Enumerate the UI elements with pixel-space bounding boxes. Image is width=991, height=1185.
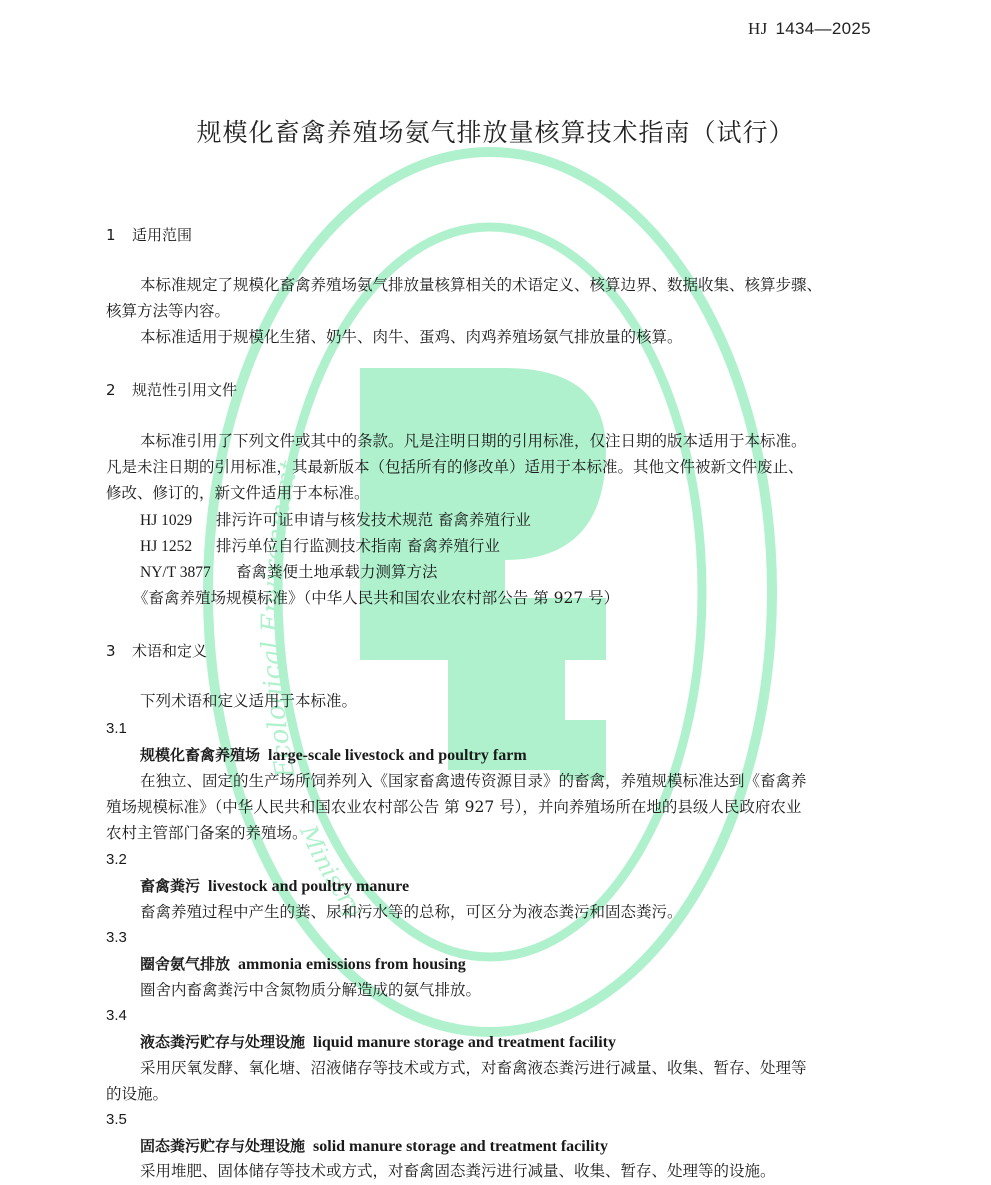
section-heading-2: 2规范性引用文件 bbox=[106, 380, 237, 400]
reference-title: 排污许可证申请与核发技术规范 畜禽养殖行业 bbox=[216, 511, 531, 529]
definition-line: 在独立、固定的生产场所饲养列入《国家畜禽遗传资源目录》的畜禽，养殖规模标准达到《… bbox=[140, 771, 807, 791]
term-heading: 液态粪污贮存与处理设施liquid manure storage and tre… bbox=[140, 1032, 616, 1053]
section-number: 3 bbox=[106, 641, 132, 661]
clause-number: 3.4 bbox=[106, 1006, 127, 1026]
definition-line: 采用厌氧发酵、氧化塘、沼液储存等技术或方式，对畜禽液态粪污进行减量、收集、暂存、… bbox=[140, 1058, 807, 1078]
paragraph-line: 本标准适用于规模化生猪、奶牛、肉牛、蛋鸡、肉鸡养殖场氨气排放量的核算。 bbox=[140, 327, 683, 347]
definition-line: 采用堆肥、固体储存等技术或方式，对畜禽固态粪污进行减量、收集、暂存、处理等的设施… bbox=[140, 1161, 776, 1181]
reference-code: HJ 1252 bbox=[140, 537, 216, 557]
reference-title: 排污单位自行监测技术指南 畜禽养殖行业 bbox=[216, 537, 500, 555]
section-title: 适用范围 bbox=[132, 226, 192, 244]
term-heading: 圈舍氨气排放ammonia emissions from housing bbox=[140, 954, 466, 975]
paragraph-line: 本标准规定了规模化畜禽养殖场氨气排放量核算相关的术语定义、核算边界、数据收集、核… bbox=[140, 275, 822, 295]
document-title: 规模化畜禽养殖场氨气排放量核算技术指南（试行） bbox=[0, 113, 991, 149]
definition-line: 农村主管部门备案的养殖场。 bbox=[106, 823, 308, 843]
term-heading: 固态粪污贮存与处理设施solid manure storage and trea… bbox=[140, 1136, 608, 1157]
paragraph-line: 修改、修订的，新文件适用于本标准。 bbox=[106, 483, 370, 503]
standard-code: HJ1434—2025 bbox=[748, 19, 871, 39]
paragraph-line: 凡是未注日期的引用标准，其最新版本（包括所有的修改单）适用于本标准。其他文件被新… bbox=[106, 457, 804, 477]
reference-title: 畜禽粪便土地承载力测算方法 bbox=[236, 563, 438, 581]
clause-number: 3.3 bbox=[106, 928, 127, 948]
term-en: liquid manure storage and treatment faci… bbox=[313, 1034, 616, 1051]
term-en: ammonia emissions from housing bbox=[238, 956, 466, 973]
term-zh: 畜禽粪污 bbox=[140, 877, 200, 895]
term-heading: 规模化畜禽养殖场large-scale livestock and poultr… bbox=[140, 745, 527, 766]
clause-number: 3.1 bbox=[106, 719, 127, 739]
term-en: solid manure storage and treatment facil… bbox=[313, 1138, 608, 1155]
document-page: HJ1434—2025 规模化畜禽养殖场氨气排放量核算技术指南（试行） 1适用范… bbox=[0, 0, 991, 1185]
clause-number: 3.2 bbox=[106, 850, 127, 870]
section-number: 1 bbox=[106, 225, 132, 245]
term-en: livestock and poultry manure bbox=[208, 878, 409, 895]
definition-line: 的设施。 bbox=[106, 1084, 168, 1104]
reference-item: HJ 1252排污单位自行监测技术指南 畜禽养殖行业 bbox=[140, 536, 500, 557]
paragraph-line: 核算方法等内容。 bbox=[106, 301, 230, 321]
reference-item: 《畜禽养殖场规模标准》（中华人民共和国农业农村部公告 第 927 号） bbox=[133, 588, 619, 608]
term-zh: 圈舍氨气排放 bbox=[140, 955, 230, 973]
definition-line: 圈舍内畜禽粪污中含氮物质分解造成的氨气排放。 bbox=[140, 980, 481, 1000]
standard-prefix: HJ bbox=[748, 19, 768, 38]
term-heading: 畜禽粪污livestock and poultry manure bbox=[140, 876, 409, 897]
section-title: 术语和定义 bbox=[132, 642, 207, 660]
definition-line: 殖场规模标准》（中华人民共和国农业农村部公告 第 927 号），并向养殖场所在地… bbox=[106, 797, 801, 817]
reference-code: HJ 1029 bbox=[140, 511, 216, 531]
section-heading-3: 3术语和定义 bbox=[106, 641, 207, 661]
standard-number: 1434—2025 bbox=[776, 19, 871, 38]
paragraph-line: 下列术语和定义适用于本标准。 bbox=[140, 691, 357, 711]
paragraph-line: 本标准引用了下列文件或其中的条款。凡是注明日期的引用标准，仅注日期的版本适用于本… bbox=[140, 431, 807, 451]
term-zh: 液态粪污贮存与处理设施 bbox=[140, 1033, 305, 1051]
term-zh: 规模化畜禽养殖场 bbox=[140, 746, 260, 764]
reference-item: NY/T 3877畜禽粪便土地承载力测算方法 bbox=[140, 562, 438, 583]
reference-item: HJ 1029排污许可证申请与核发技术规范 畜禽养殖行业 bbox=[140, 510, 531, 531]
section-title: 规范性引用文件 bbox=[132, 381, 237, 399]
section-number: 2 bbox=[106, 380, 132, 400]
reference-code: NY/T 3877 bbox=[140, 563, 236, 583]
clause-number: 3.5 bbox=[106, 1110, 127, 1130]
term-en: large-scale livestock and poultry farm bbox=[268, 747, 527, 764]
section-heading-1: 1适用范围 bbox=[106, 225, 192, 245]
term-zh: 固态粪污贮存与处理设施 bbox=[140, 1137, 305, 1155]
definition-line: 畜禽养殖过程中产生的粪、尿和污水等的总称，可区分为液态粪污和固态粪污。 bbox=[140, 902, 683, 922]
